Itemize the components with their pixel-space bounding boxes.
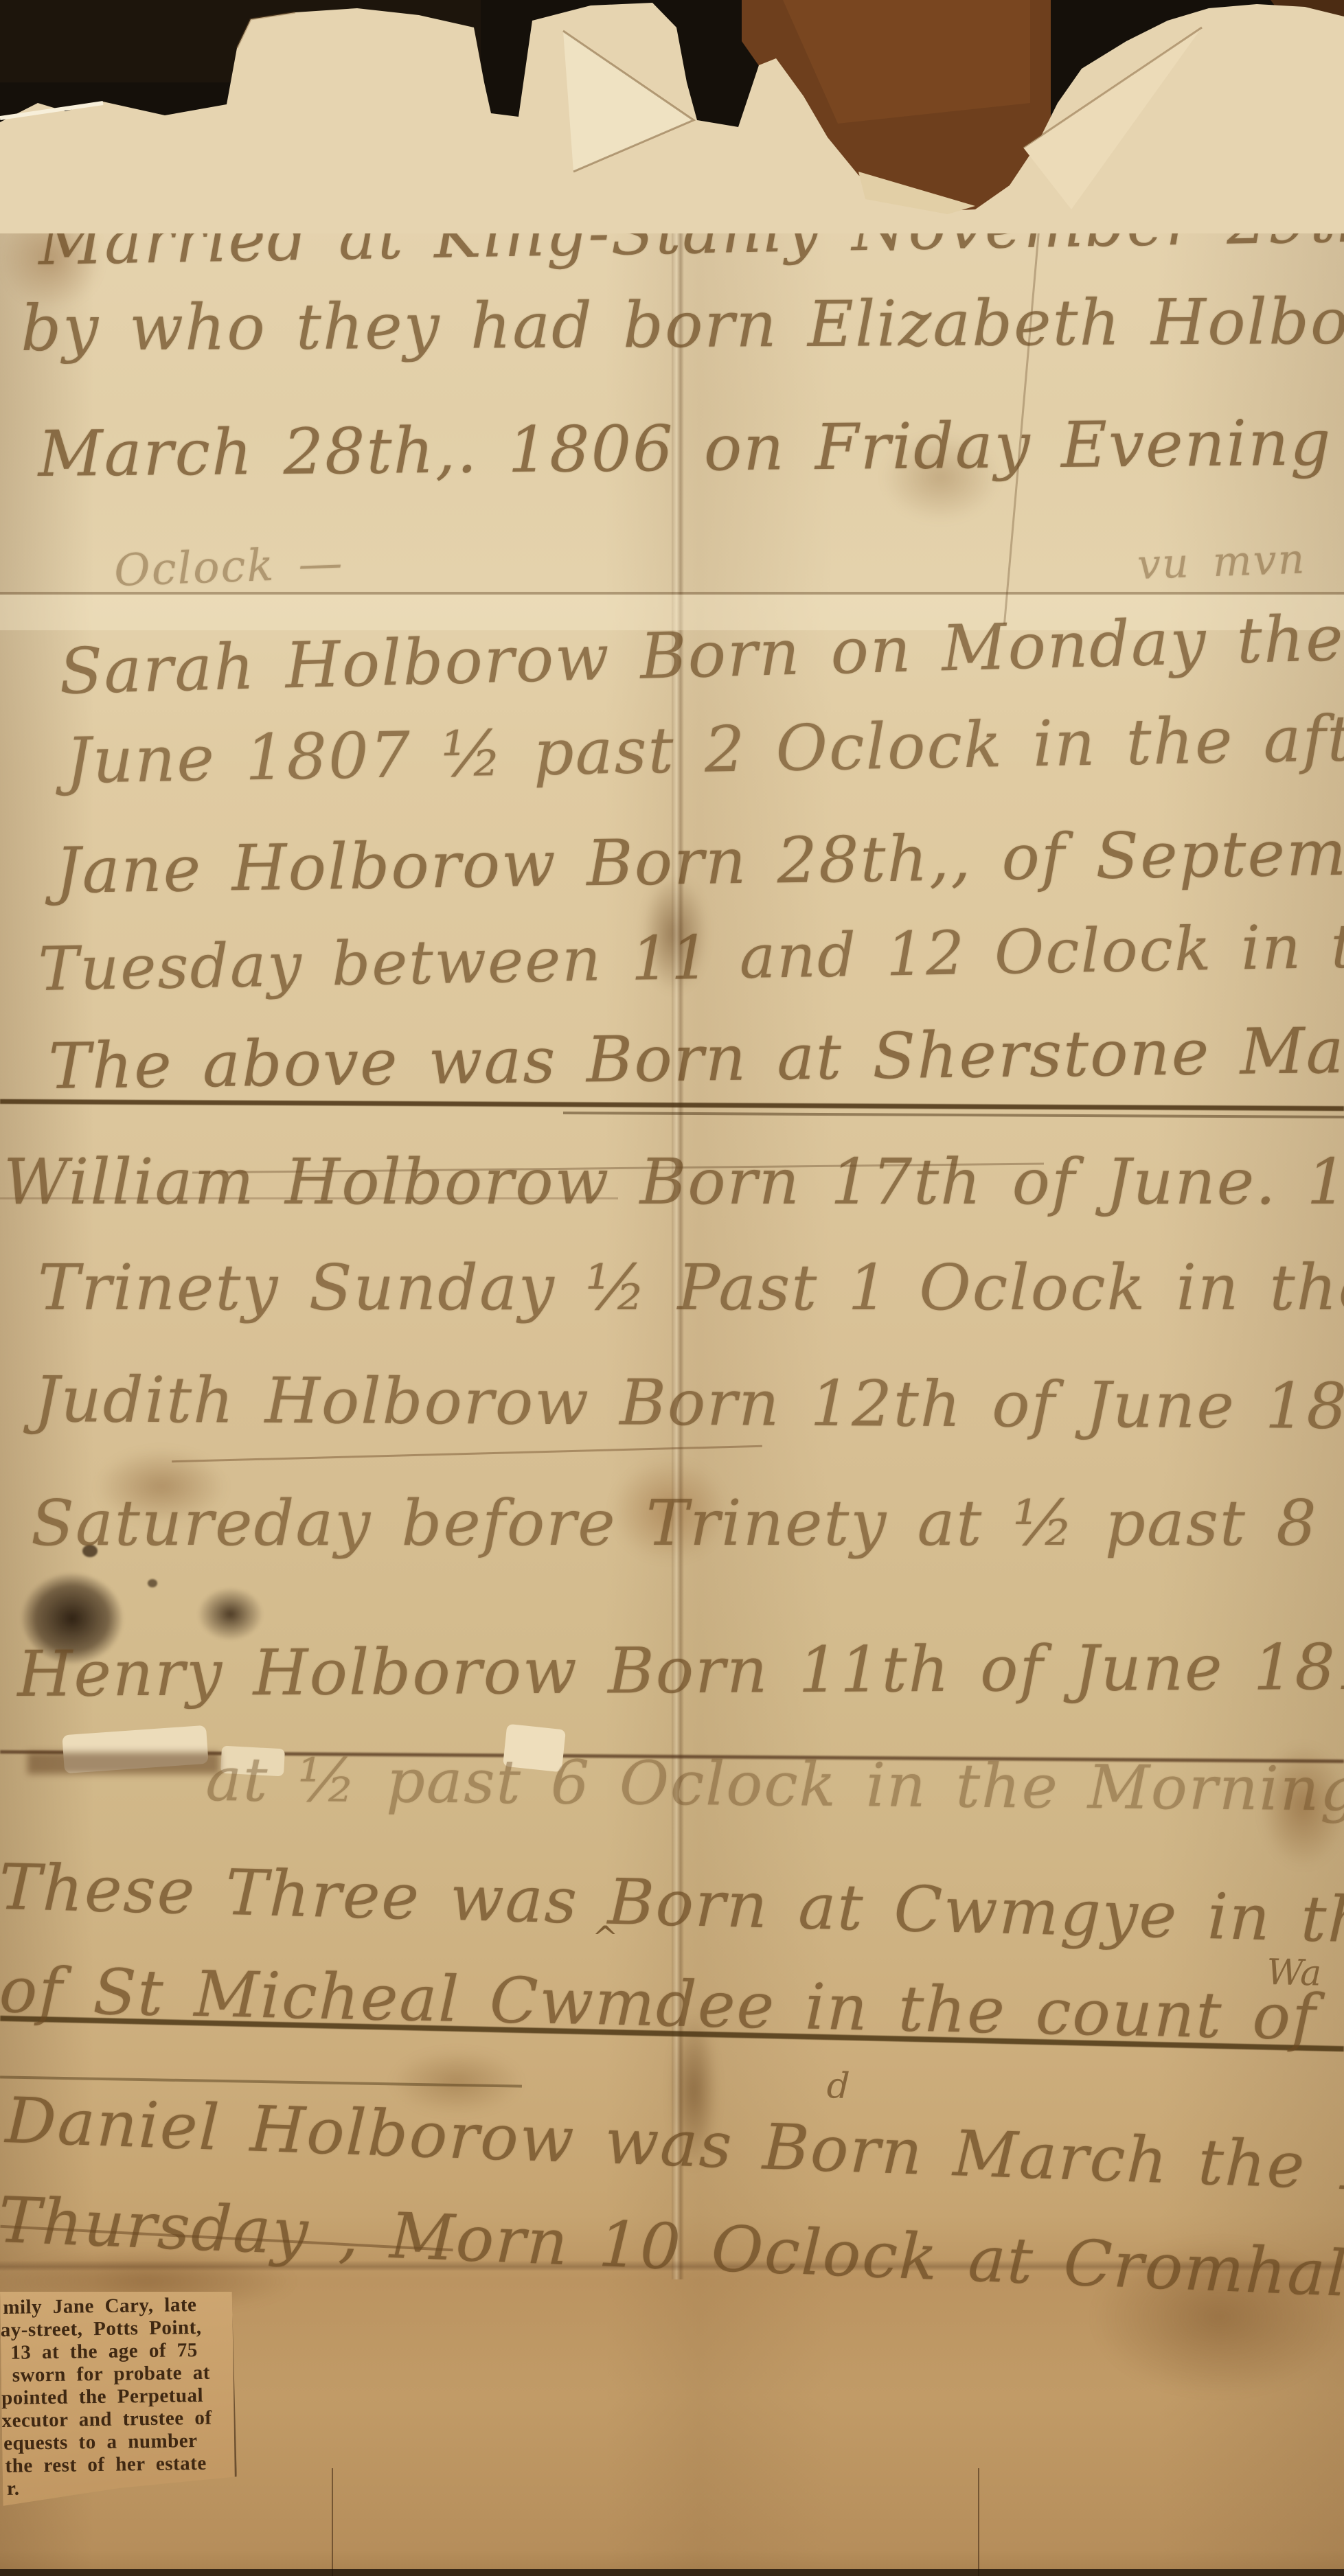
clipping-line: 13 at the age of 75 [1,2338,233,2365]
ms-superscript-wa: Wa [1266,1952,1322,1994]
ms-line-oclock-faint: Oclock — [113,538,345,597]
clipping-line: sworn for probate at [1,2361,233,2387]
ms-line-henry: Henry Holborow Born 11th of June 1815 Su… [17,1629,1344,1711]
clipping-line: xecutor and trustee of [1,2406,234,2433]
ms-scribble-faint: vu mvn [1137,535,1306,589]
clipping-line: pointed the Perpetual [1,2384,234,2410]
clipping-line: mily Jane Cary, late [0,2293,232,2319]
clipping-line: the rest of her estate [2,2452,234,2478]
ms-line-william: William Holborow Born 17th of June. 1810… [3,1145,1344,1219]
clipping-line: ay-street, Potts Point, [1,2316,233,2342]
ms-line-judith: Judith Holborow Born 12th of June 1813 b… [34,1363,1344,1445]
ms-line-morning-faint: at ½ past 6 Oclock in the Morning. [205,1744,1344,1825]
clipping-line: equests to a number [2,2429,234,2455]
ms-caret: ^ [592,1919,619,1956]
photographed-manuscript: William Holborow and Jane his Wife we Ma… [0,0,1344,2576]
ms-superscript-d: d [826,2065,850,2107]
torn-top-edge [0,0,1344,233]
ms-line-trinity: Trinety Sunday ½ Past 1 Oclock in the Af… [38,1251,1344,1324]
ms-line-march1806: March 28th,. 1806 on Friday Evening abou… [38,404,1344,491]
newspaper-clipping: mily Jane Cary, late ay-street, Potts Po… [0,2288,237,2508]
ms-line-saturday: Satureday before Trinety at ½ past 8 Ocl… [31,1486,1344,1560]
ms-line-bywho: by who they had born Elizabeth Holborow … [21,284,1344,365]
